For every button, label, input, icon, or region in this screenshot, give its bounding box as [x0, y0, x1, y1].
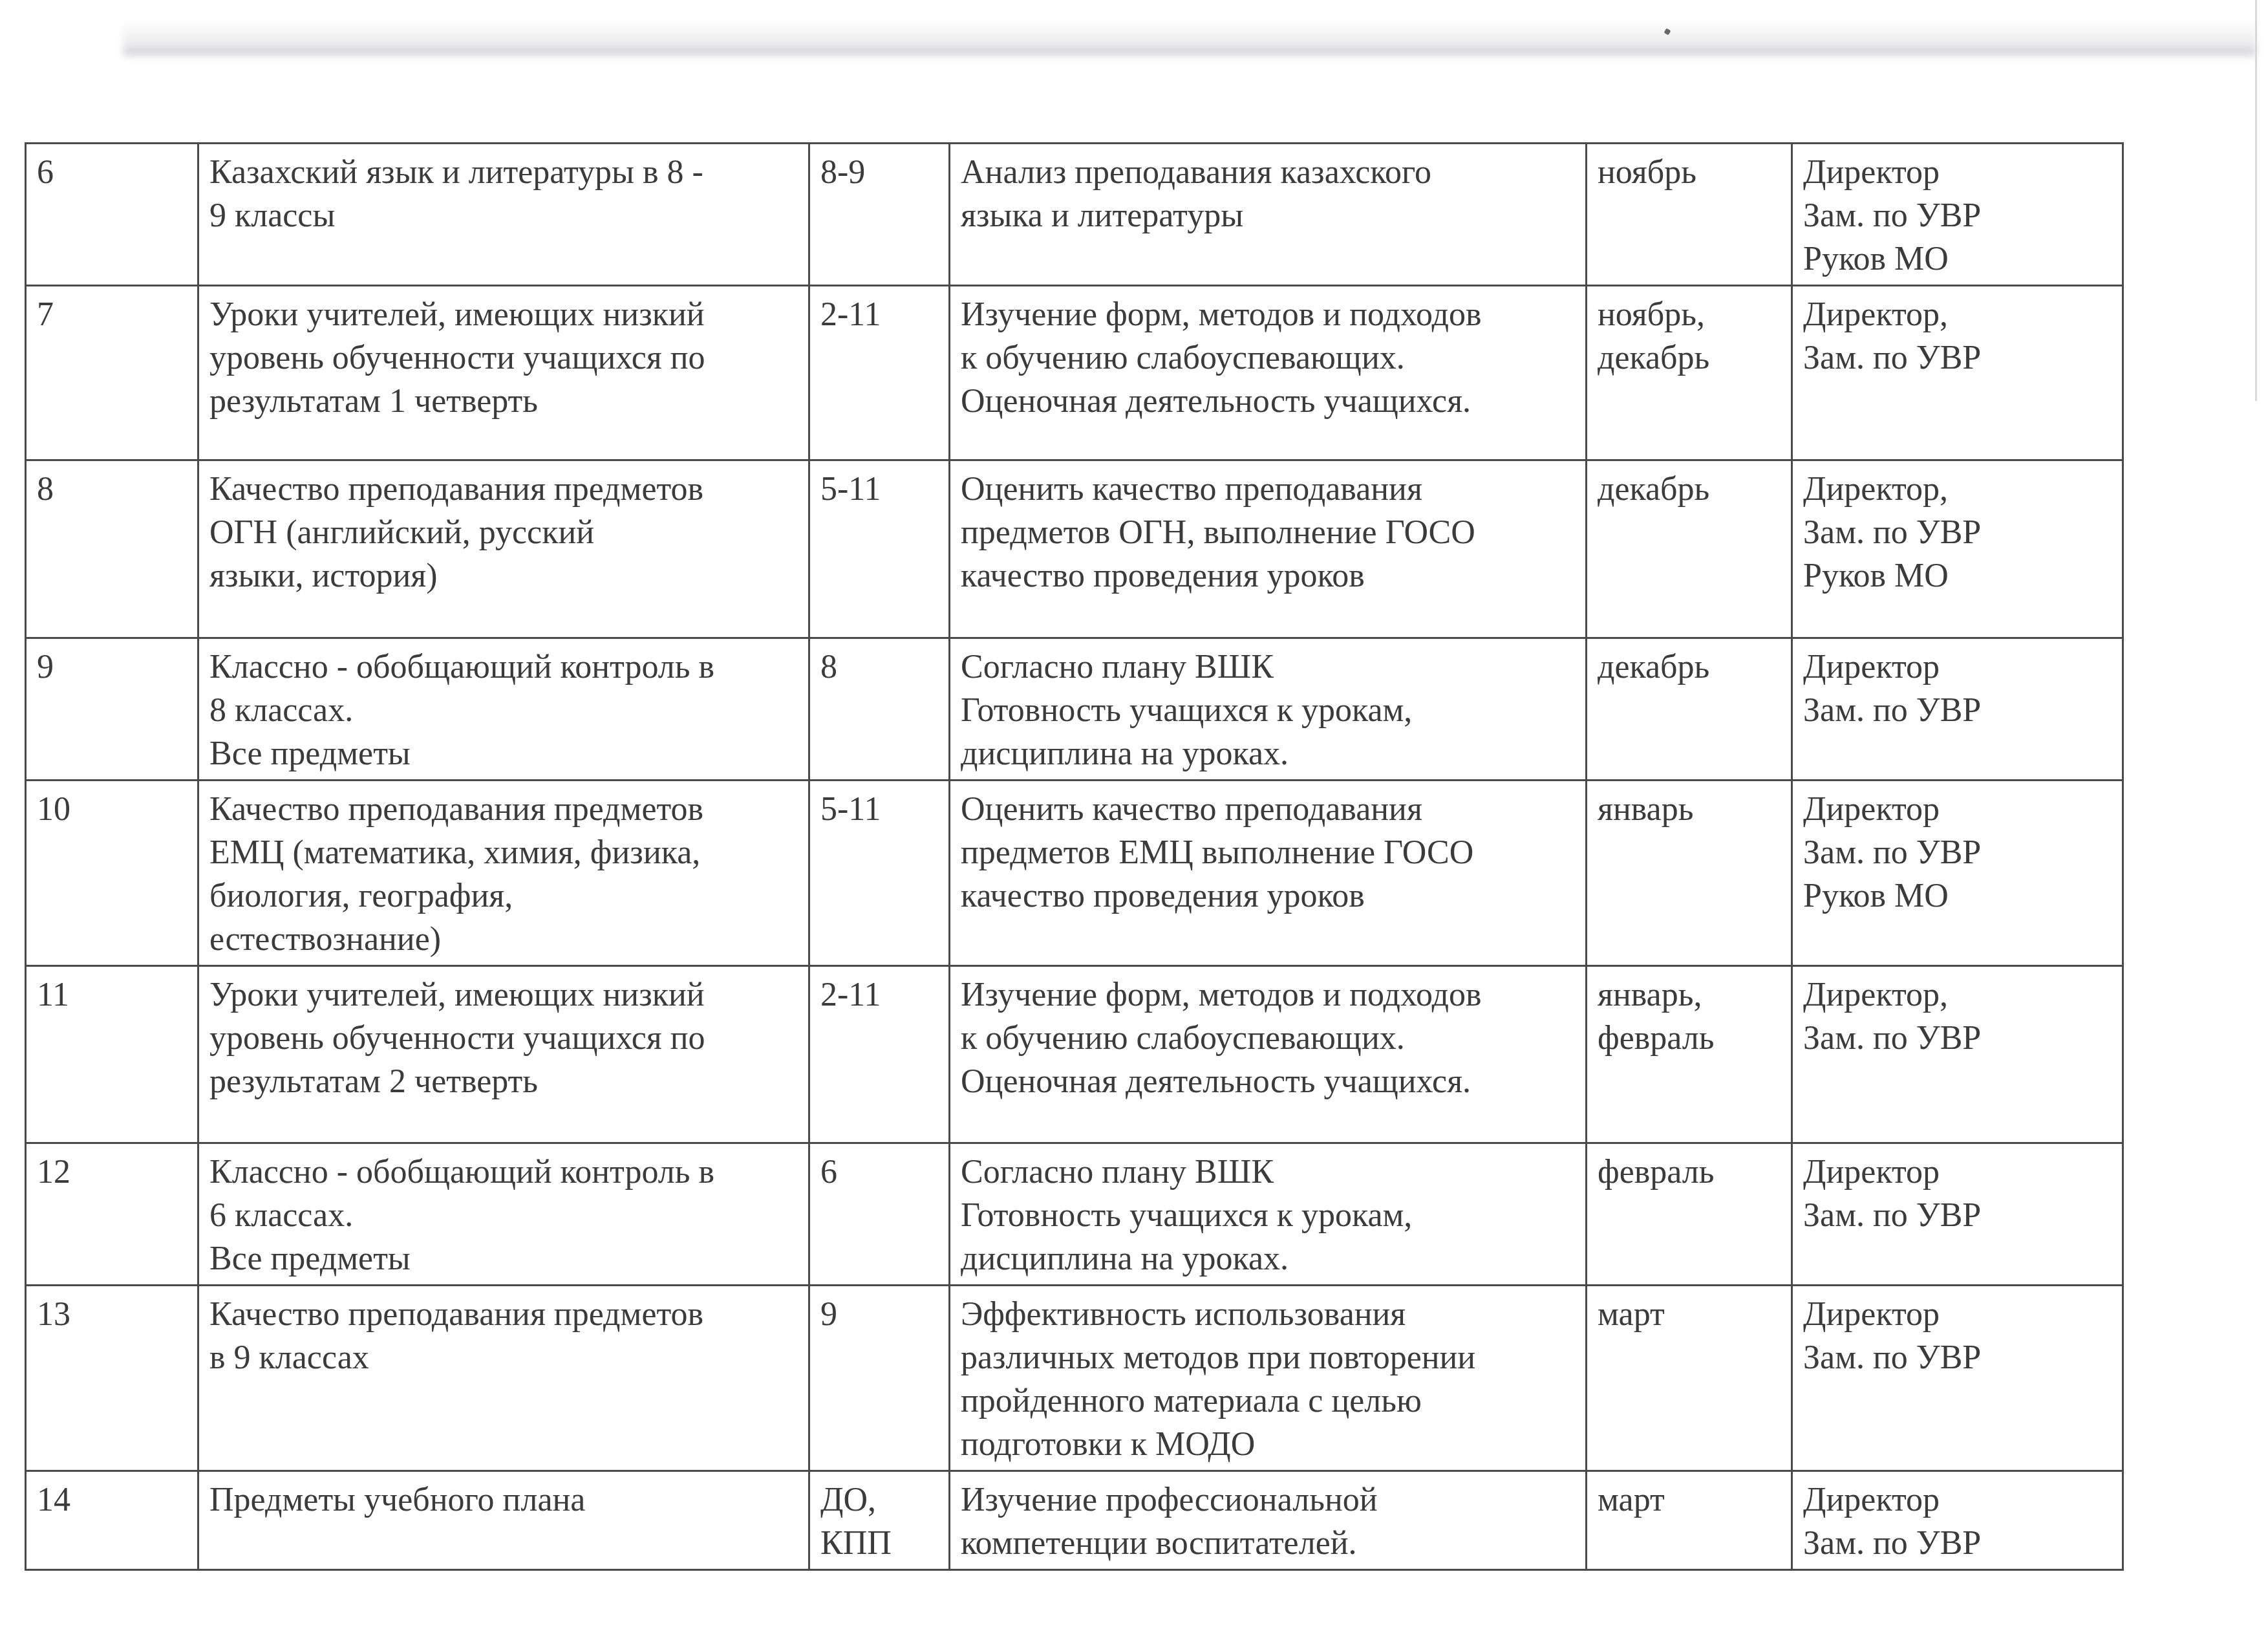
grades: 8-9 [809, 144, 950, 286]
table-row: 14 Предметы учебного плана ДО, КПП Изуче… [26, 1471, 2123, 1570]
period: февраль [1587, 1143, 1792, 1286]
control-object: Уроки учителей, имеющих низкий уровень о… [198, 286, 809, 460]
responsible: Директор Зам. по УВР Руков МО [1792, 144, 2123, 286]
row-number: 6 [26, 144, 198, 286]
period: январь, февраль [1587, 966, 1792, 1143]
period: ноябрь [1587, 144, 1792, 286]
table-row: 6 Казахский язык и литературы в 8 - 9 кл… [26, 144, 2123, 286]
control-object: Казахский язык и литературы в 8 - 9 клас… [198, 144, 809, 286]
table-row: 13 Качество преподавания предметов в 9 к… [26, 1286, 2123, 1471]
control-object: Классно - обобщающий контроль в 8 класса… [198, 638, 809, 781]
control-object: Качество преподавания предметов в 9 клас… [198, 1286, 809, 1471]
control-goal: Изучение профессиональной компетенции во… [950, 1471, 1587, 1570]
responsible: Директор Зам. по УВР [1792, 1471, 2123, 1570]
control-goal: Анализ преподавания казахского языка и л… [950, 144, 1587, 286]
grades: 6 [809, 1143, 950, 1286]
responsible: Директор Зам. по УВР Руков МО [1792, 781, 2123, 966]
row-number: 12 [26, 1143, 198, 1286]
scan-edge [2255, 0, 2257, 401]
row-number: 13 [26, 1286, 198, 1471]
grades: ДО, КПП [809, 1471, 950, 1570]
responsible: Директор, Зам. по УВР [1792, 286, 2123, 460]
table-row: 8 Качество преподавания предметов ОГН (а… [26, 460, 2123, 638]
control-object: Качество преподавания предметов ЕМЦ (мат… [198, 781, 809, 966]
table-row: 12 Классно - обобщающий контроль в 6 кла… [26, 1143, 2123, 1286]
table-row: 7 Уроки учителей, имеющих низкий уровень… [26, 286, 2123, 460]
period: ноябрь, декабрь [1587, 286, 1792, 460]
grades: 8 [809, 638, 950, 781]
grades: 5-11 [809, 460, 950, 638]
period: январь [1587, 781, 1792, 966]
table-row: 11 Уроки учителей, имеющих низкий уровен… [26, 966, 2123, 1143]
period: декабрь [1587, 638, 1792, 781]
control-object: Уроки учителей, имеющих низкий уровень о… [198, 966, 809, 1143]
control-goal: Оценить качество преподавания предметов … [950, 460, 1587, 638]
responsible: Директор Зам. по УВР [1792, 1286, 2123, 1471]
control-goal: Изучение форм, методов и подходов к обуч… [950, 286, 1587, 460]
table-row: 10 Качество преподавания предметов ЕМЦ (… [26, 781, 2123, 966]
responsible: Директор Зам. по УВР [1792, 638, 2123, 781]
period: март [1587, 1471, 1792, 1570]
control-goal: Изучение форм, методов и подходов к обуч… [950, 966, 1587, 1143]
row-number: 9 [26, 638, 198, 781]
grades: 9 [809, 1286, 950, 1471]
control-object: Качество преподавания предметов ОГН (анг… [198, 460, 809, 638]
row-number: 7 [26, 286, 198, 460]
control-object: Предметы учебного плана [198, 1471, 809, 1570]
control-goal: Согласно плану ВШК Готовность учащихся к… [950, 1143, 1587, 1286]
row-number: 10 [26, 781, 198, 966]
period: март [1587, 1286, 1792, 1471]
control-goal: Согласно плану ВШК Готовность учащихся к… [950, 638, 1587, 781]
grades: 2-11 [809, 966, 950, 1143]
row-number: 8 [26, 460, 198, 638]
grades: 5-11 [809, 781, 950, 966]
responsible: Директор Зам. по УВР [1792, 1143, 2123, 1286]
responsible: Директор, Зам. по УВР Руков МО [1792, 460, 2123, 638]
scan-artifact [123, 19, 2256, 71]
control-plan-table: 6 Казахский язык и литературы в 8 - 9 кл… [25, 142, 2124, 1571]
row-number: 11 [26, 966, 198, 1143]
control-goal: Оценить качество преподавания предметов … [950, 781, 1587, 966]
table-row: 9 Классно - обобщающий контроль в 8 клас… [26, 638, 2123, 781]
row-number: 14 [26, 1471, 198, 1570]
responsible: Директор, Зам. по УВР [1792, 966, 2123, 1143]
control-object: Классно - обобщающий контроль в 6 класса… [198, 1143, 809, 1286]
control-goal: Эффективность использования различных ме… [950, 1286, 1587, 1471]
grades: 2-11 [809, 286, 950, 460]
period: декабрь [1587, 460, 1792, 638]
